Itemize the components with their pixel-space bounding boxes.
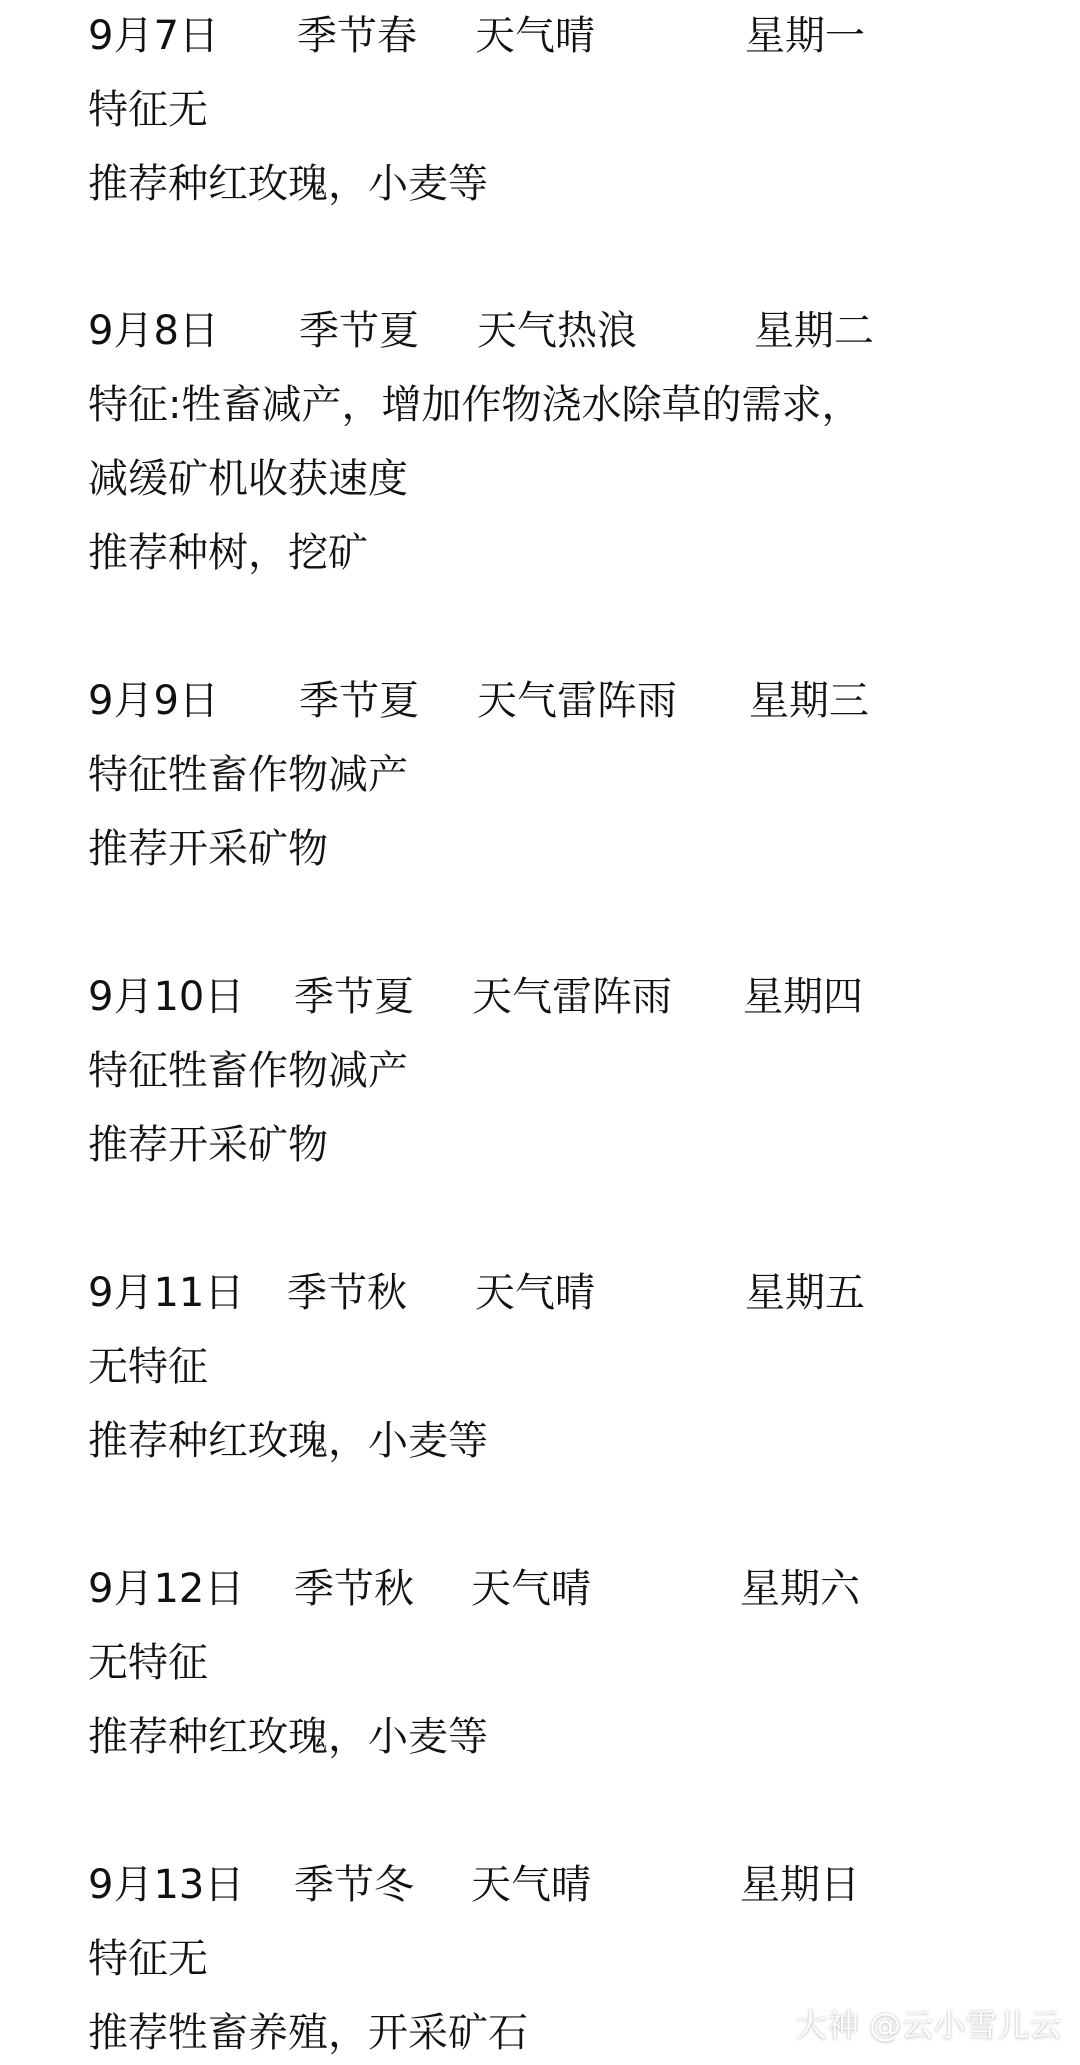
weather-label: 天气晴 xyxy=(475,1263,595,1323)
date-label: 9月7日 xyxy=(88,6,219,66)
feature-text: 无特征 xyxy=(88,1633,208,1693)
recommendation-text: 推荐开采矿物 xyxy=(88,819,328,879)
recommendation-text: 推荐牲畜养殖，开采矿石 xyxy=(88,2003,528,2063)
recommendation-text: 推荐种红玫瑰，小麦等 xyxy=(88,154,488,214)
date-label: 9月12日 xyxy=(88,1559,244,1619)
weather-label: 天气晴 xyxy=(471,1855,591,1915)
feature-text-continued: 减缓矿机收获速度 xyxy=(88,449,408,509)
date-label: 9月9日 xyxy=(88,671,219,731)
feature-text: 特征无 xyxy=(88,80,208,140)
date-label: 9月11日 xyxy=(88,1263,244,1323)
season-label: 季节夏 xyxy=(299,301,419,361)
date-label: 9月13日 xyxy=(88,1855,244,1915)
weather-label: 天气晴 xyxy=(475,6,595,66)
weather-label: 天气雷阵雨 xyxy=(477,671,677,731)
weather-label: 天气热浪 xyxy=(477,301,637,361)
weekday-label: 星期日 xyxy=(740,1855,860,1915)
weekday-label: 星期三 xyxy=(749,671,869,731)
feature-text: 特征:牲畜减产，增加作物浇水除草的需求， xyxy=(88,375,861,435)
feature-text: 特征牲畜作物减产 xyxy=(88,745,408,805)
season-label: 季节秋 xyxy=(294,1559,414,1619)
recommendation-text: 推荐种红玫瑰，小麦等 xyxy=(88,1707,488,1767)
weekday-label: 星期一 xyxy=(745,6,865,66)
recommendation-text: 推荐种红玫瑰，小麦等 xyxy=(88,1411,488,1471)
recommendation-text: 推荐种树，挖矿 xyxy=(88,523,368,583)
weekday-label: 星期四 xyxy=(743,967,863,1027)
season-label: 季节夏 xyxy=(299,671,419,731)
date-label: 9月8日 xyxy=(88,301,219,361)
feature-text: 无特征 xyxy=(88,1337,208,1397)
feature-text: 特征无 xyxy=(88,1929,208,1989)
watermark: 大神 @云小雪儿云 xyxy=(795,2005,1061,2045)
feature-text: 特征牲畜作物减产 xyxy=(88,1041,408,1101)
season-label: 季节春 xyxy=(297,6,417,66)
season-label: 季节秋 xyxy=(287,1263,407,1323)
season-label: 季节夏 xyxy=(294,967,414,1027)
season-label: 季节冬 xyxy=(294,1855,414,1915)
date-label: 9月10日 xyxy=(88,967,244,1027)
weather-label: 天气雷阵雨 xyxy=(472,967,672,1027)
weather-label: 天气晴 xyxy=(471,1559,591,1619)
weekday-label: 星期五 xyxy=(745,1263,865,1323)
weekday-label: 星期六 xyxy=(740,1559,860,1619)
recommendation-text: 推荐开采矿物 xyxy=(88,1115,328,1175)
weekday-label: 星期二 xyxy=(754,301,874,361)
